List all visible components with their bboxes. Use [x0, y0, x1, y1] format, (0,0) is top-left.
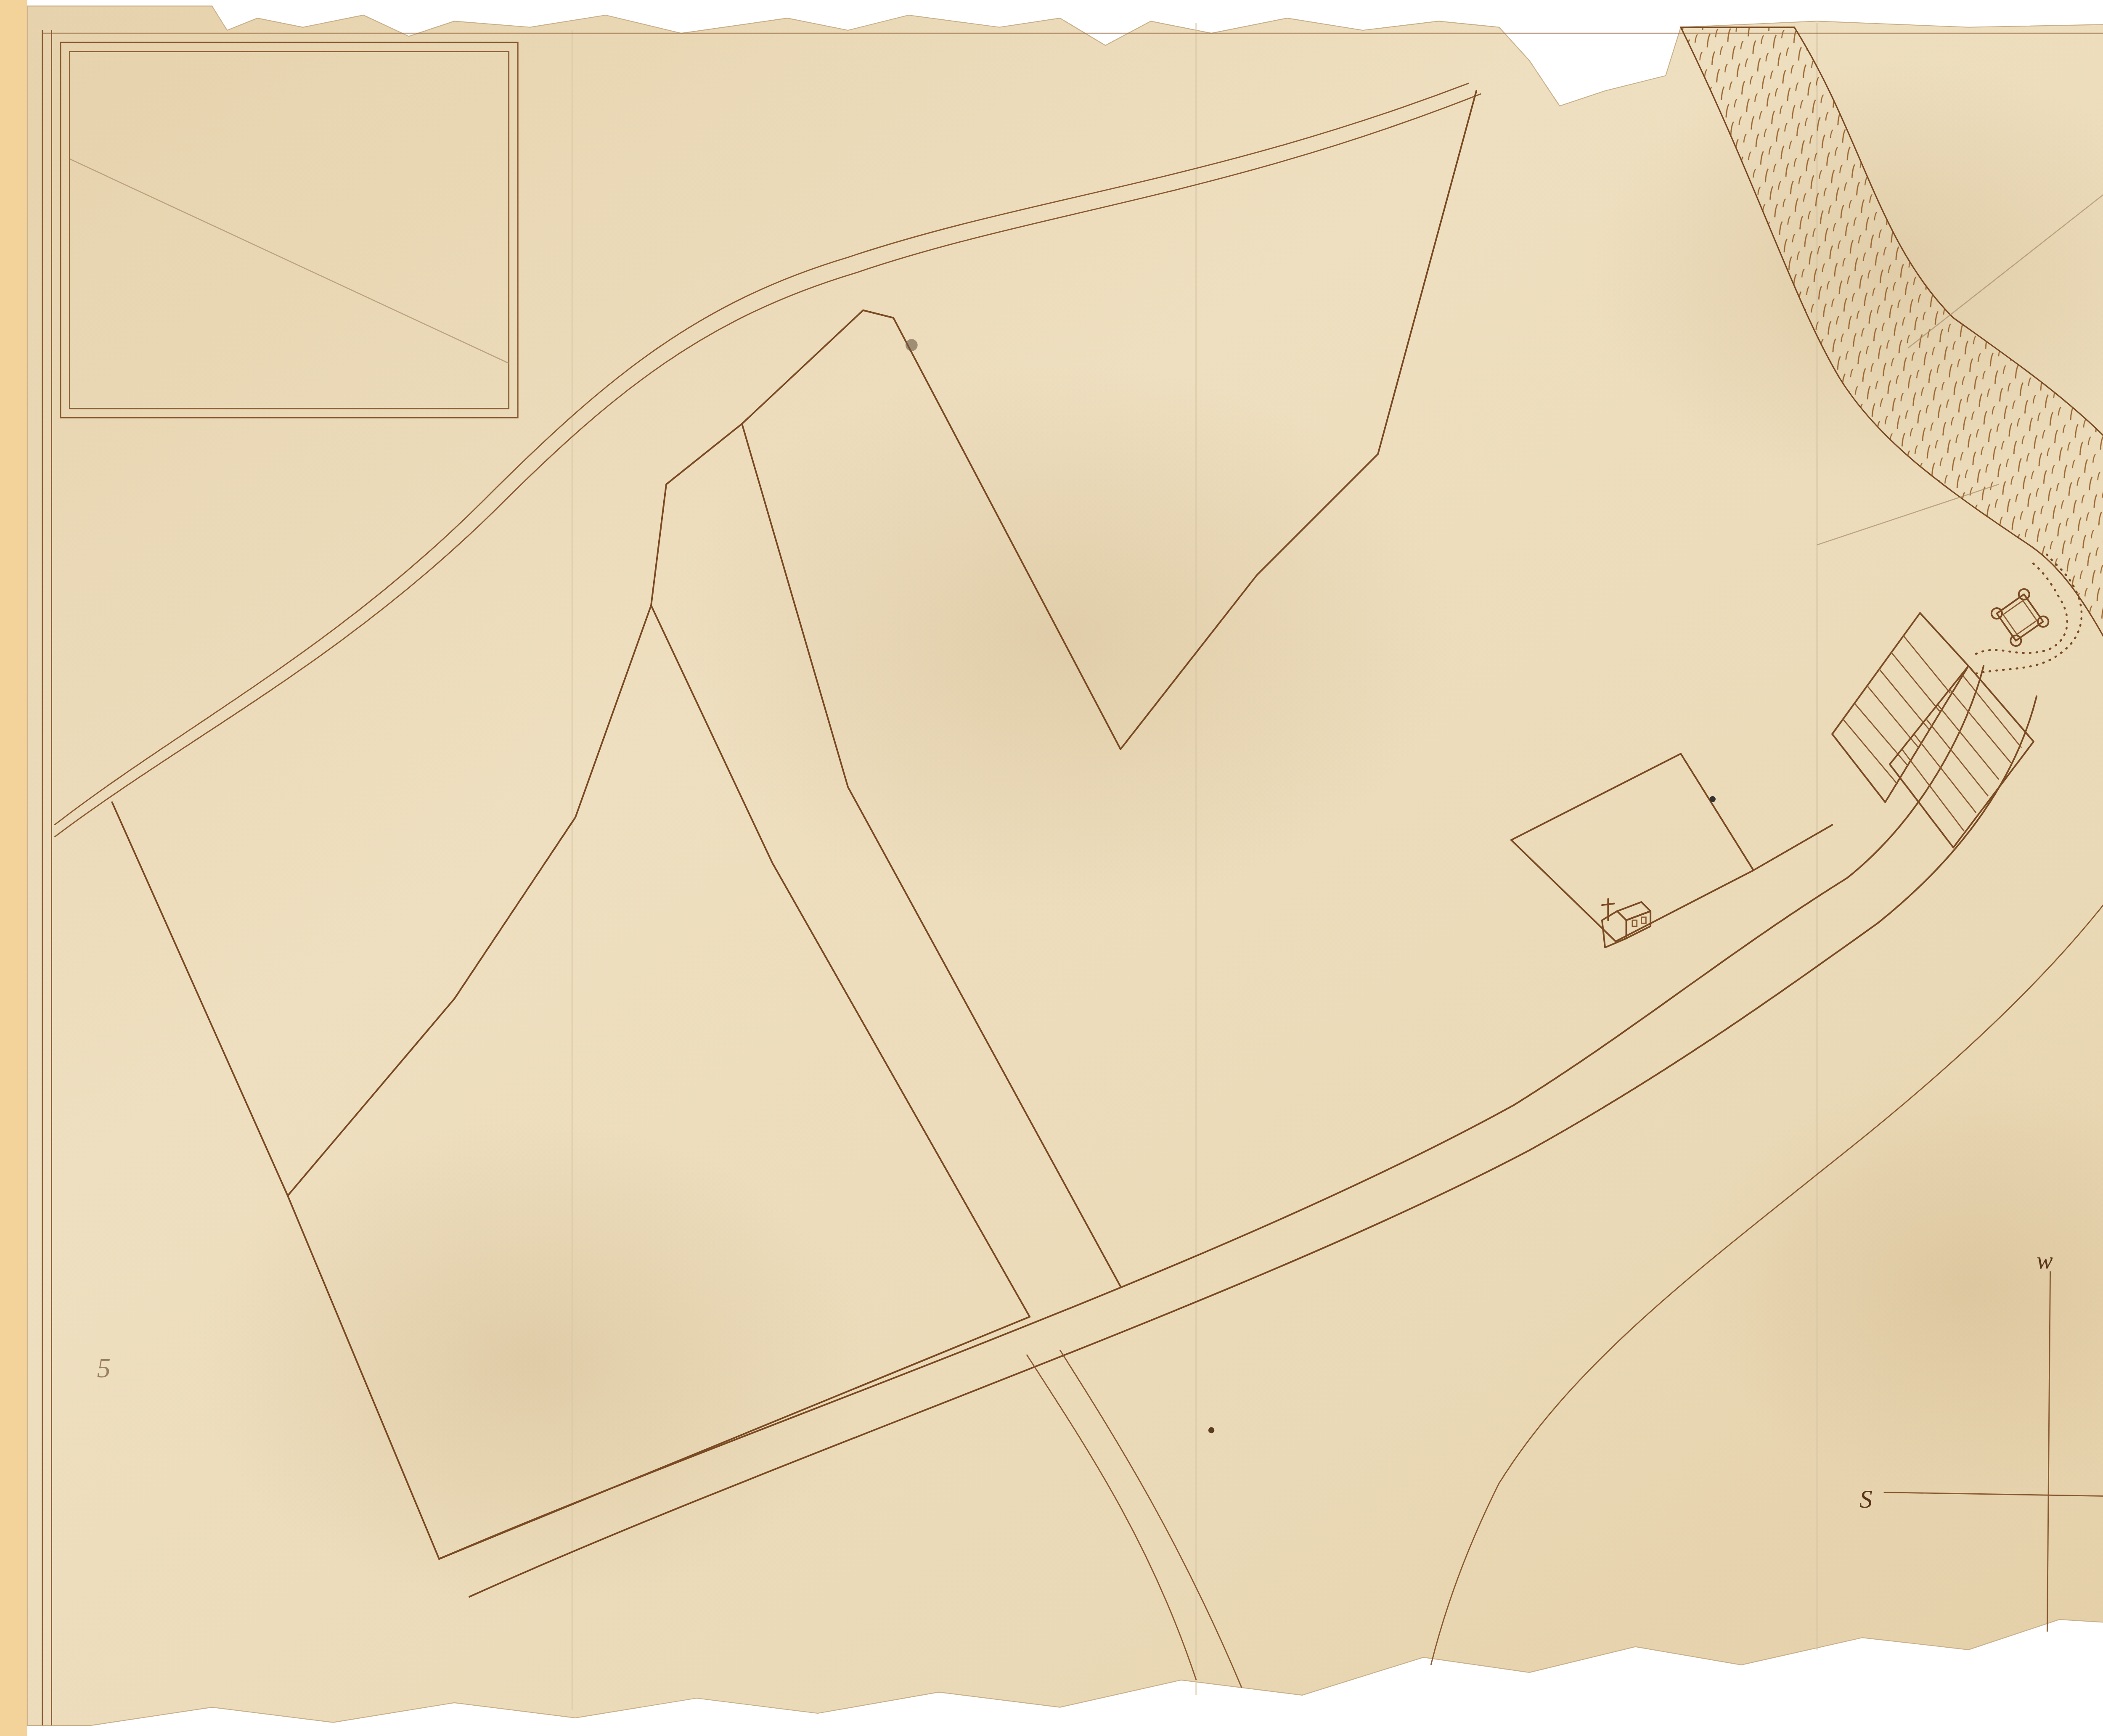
compass-south-label: S	[1859, 1485, 1873, 1514]
compass-west-label: w	[2037, 1247, 2053, 1274]
left-margin-mark: 5	[97, 1353, 110, 1384]
mount-strip	[0, 0, 27, 1736]
map-canvas: w S north 247 244 5	[0, 0, 2103, 1736]
